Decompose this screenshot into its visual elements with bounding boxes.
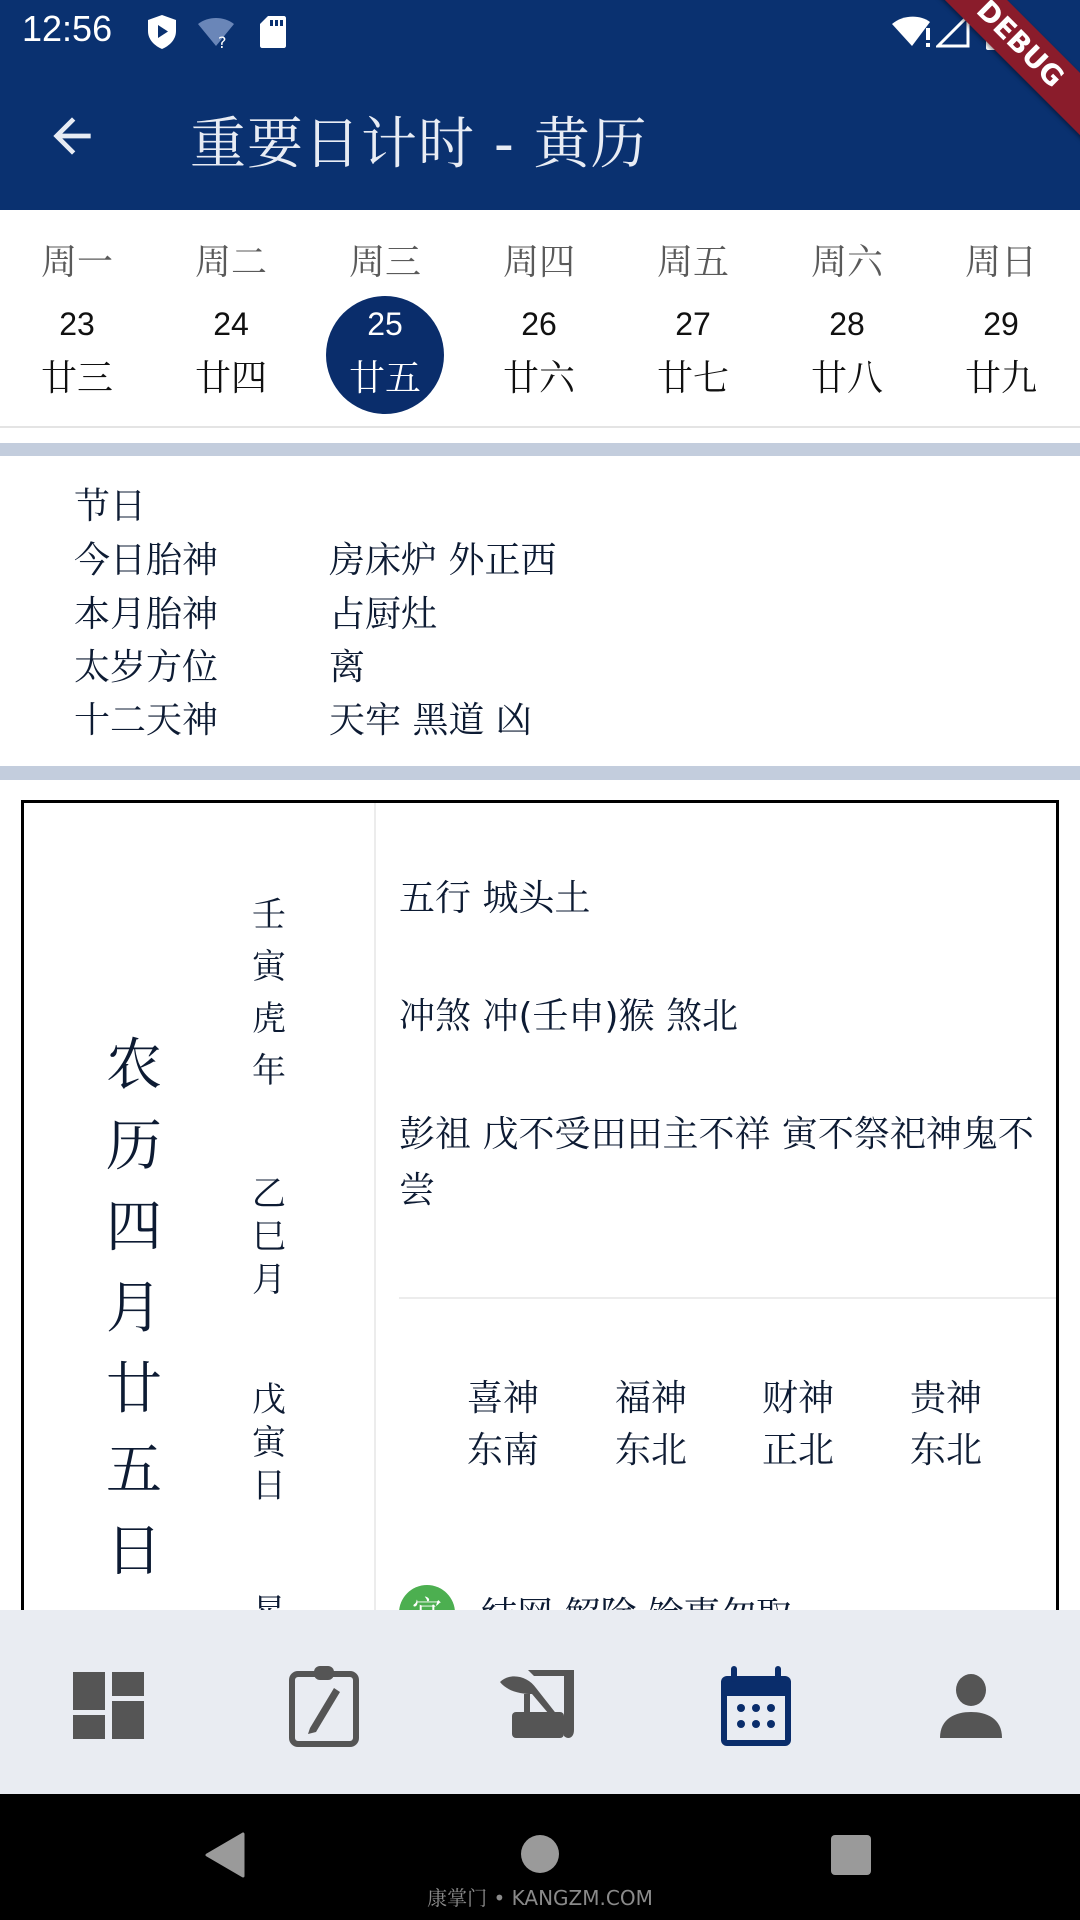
lunar-day: 廿五 xyxy=(326,350,444,401)
ganzhi-char: 巳 xyxy=(249,1216,289,1259)
status-time: 12:56 xyxy=(22,8,112,50)
info-label: 本月胎神 xyxy=(74,586,218,637)
day-box: 26 廿六 xyxy=(480,296,598,414)
lunar-char: 日 xyxy=(104,1511,164,1592)
week-strip: 周一 23 廿三 周二 24 廿四 周三 25 廿五 周四 26 廿六 周五 2… xyxy=(0,210,1080,428)
day-number: 27 xyxy=(634,306,752,343)
home-icon xyxy=(520,1834,560,1874)
arrow-back-icon xyxy=(44,108,100,164)
day-box: 29 廿九 xyxy=(942,296,1060,414)
info-label: 今日胎神 xyxy=(74,532,218,583)
weekday-label: 周一 xyxy=(0,234,154,285)
day-cell[interactable]: 周五 27 廿七 xyxy=(616,210,770,428)
god-name: 福神 xyxy=(601,1373,701,1425)
system-recents-button[interactable] xyxy=(830,1834,872,1880)
person-icon xyxy=(926,1660,1016,1750)
day-box: 27 廿七 xyxy=(634,296,752,414)
sd-card-icon xyxy=(258,14,288,54)
weekday-label: 周日 xyxy=(924,234,1078,285)
day-cell[interactable]: 周一 23 廿三 xyxy=(0,210,154,428)
ganzhi-char: 寅 xyxy=(249,1422,289,1465)
day-cell[interactable]: 周六 28 廿八 xyxy=(770,210,924,428)
ganzhi-char: 虎 xyxy=(249,993,289,1045)
day-number: 26 xyxy=(480,306,598,343)
god-direction: 东南 xyxy=(453,1425,553,1477)
lunar-day: 廿九 xyxy=(942,350,1060,401)
wifi-alert-icon xyxy=(892,14,936,52)
almanac-detail-card: 农 历 四 月 廿 五 日 壬 寅 虎 年 乙 巳 月 戊 寅 日 星 五行 城… xyxy=(21,800,1059,1700)
wuxing-text: 五行 城头土 xyxy=(399,871,1059,927)
nav-profile[interactable] xyxy=(926,1660,1016,1750)
ganzhi-month: 乙 巳 月 xyxy=(249,1173,289,1302)
god-name: 喜神 xyxy=(453,1373,553,1425)
day-box: 24 廿四 xyxy=(172,296,290,414)
lunar-date-vertical: 农 历 四 月 廿 五 日 xyxy=(104,1025,164,1592)
lunar-day: 廿七 xyxy=(634,350,752,401)
lunar-day: 廿六 xyxy=(480,350,598,401)
lunar-char: 历 xyxy=(104,1106,164,1187)
selected-day-circle: 25 廿五 xyxy=(326,296,444,414)
weekday-label: 周六 xyxy=(770,234,924,285)
nav-calendar-active[interactable] xyxy=(711,1660,801,1750)
day-number: 25 xyxy=(326,306,444,343)
god-gui: 贵神 东北 xyxy=(896,1373,996,1477)
day-cell[interactable]: 周四 26 廿六 xyxy=(462,210,616,428)
lunar-day: 廿四 xyxy=(172,350,290,401)
day-cell[interactable]: 周二 24 廿四 xyxy=(154,210,308,428)
day-box: 28 廿八 xyxy=(788,296,906,414)
play-protect-icon xyxy=(146,14,178,54)
nav-dashboard[interactable] xyxy=(64,1660,154,1750)
god-xi: 喜神 东南 xyxy=(453,1373,553,1477)
day-number: 24 xyxy=(172,306,290,343)
ganzhi-char: 日 xyxy=(249,1465,289,1508)
ganzhi-day: 戊 寅 日 xyxy=(249,1379,289,1508)
lunar-day: 廿八 xyxy=(788,350,906,401)
weekday-label: 周五 xyxy=(616,234,770,285)
status-bar: 12:56 ? xyxy=(0,0,1080,64)
clipboard-edit-icon xyxy=(278,1660,368,1750)
svg-text:?: ? xyxy=(218,33,227,50)
day-number: 28 xyxy=(788,306,906,343)
day-box: 23 廿三 xyxy=(18,296,136,414)
wifi-unknown-icon: ? xyxy=(196,14,236,54)
info-value: 房床炉 外正西 xyxy=(329,532,556,583)
day-number: 29 xyxy=(942,306,1060,343)
god-cai: 财神 正北 xyxy=(748,1373,848,1477)
god-direction: 东北 xyxy=(601,1425,701,1477)
god-name: 贵神 xyxy=(896,1373,996,1425)
lunar-char: 廿 xyxy=(104,1349,164,1430)
day-number: 23 xyxy=(18,306,136,343)
system-back-button[interactable] xyxy=(205,1832,245,1882)
info-value: 占厨灶 xyxy=(329,586,437,637)
weekday-label: 周二 xyxy=(154,234,308,285)
info-label: 节日 xyxy=(74,478,146,529)
details-divider xyxy=(399,1297,1059,1299)
back-icon xyxy=(205,1832,245,1878)
ganzhi-char: 壬 xyxy=(249,889,289,941)
chongsha-text: 冲煞 冲(壬申)猴 煞北 xyxy=(399,989,1059,1045)
ganzhi-char: 寅 xyxy=(249,941,289,993)
dashboard-icon xyxy=(64,1660,154,1750)
god-name: 财神 xyxy=(748,1373,848,1425)
ganzhi-char: 月 xyxy=(249,1259,289,1302)
almanac-details-column: 五行 城头土 冲煞 冲(壬申)猴 煞北 彭祖 戊不受田田主不祥 寅不祭祀神鬼不尝… xyxy=(399,803,1059,1700)
info-value: 离 xyxy=(329,639,365,690)
scroll-quill-icon xyxy=(494,1660,584,1750)
app-header: 12:56 ? DEBUG 重要日计时 - 黄历 xyxy=(0,0,1080,210)
nav-notes[interactable] xyxy=(278,1660,368,1750)
calendar-icon xyxy=(711,1660,801,1750)
almanac-info-list: 节日 今日胎神 房床炉 外正西 本月胎神 占厨灶 太岁方位 离 十二天神 天牢 … xyxy=(0,456,1080,764)
pengzu-text: 彭祖 戊不受田田主不祥 寅不祭祀神鬼不尝 xyxy=(399,1107,1059,1219)
day-cell-selected[interactable]: 周三 25 廿五 xyxy=(308,210,462,428)
page-title: 重要日计时 - 黄历 xyxy=(190,100,648,180)
lunar-char: 农 xyxy=(104,1025,164,1106)
section-divider xyxy=(0,443,1080,457)
weekday-label: 周三 xyxy=(308,234,462,285)
ganzhi-char: 乙 xyxy=(249,1173,289,1216)
lunar-date-column: 农 历 四 月 廿 五 日 壬 寅 虎 年 乙 巳 月 戊 寅 日 星 xyxy=(24,803,376,1700)
ganzhi-char: 年 xyxy=(249,1045,289,1097)
lunar-char: 五 xyxy=(104,1430,164,1511)
lunar-char: 四 xyxy=(104,1187,164,1268)
weekday-label: 周四 xyxy=(462,234,616,285)
system-home-button[interactable] xyxy=(520,1834,560,1878)
info-value: 天牢 黑道 凶 xyxy=(329,692,532,743)
ganzhi-year: 壬 寅 虎 年 xyxy=(249,889,289,1097)
ganzhi-char: 戊 xyxy=(249,1379,289,1422)
lunar-day: 廿三 xyxy=(18,350,136,401)
god-direction: 正北 xyxy=(748,1425,848,1477)
info-label: 十二天神 xyxy=(74,692,218,743)
god-fu: 福神 东北 xyxy=(601,1373,701,1477)
lunar-char: 月 xyxy=(104,1268,164,1349)
recents-icon xyxy=(830,1834,872,1876)
system-navigation-bar: 康掌门 • KANGZM.COM xyxy=(0,1794,1080,1920)
section-divider xyxy=(0,766,1080,780)
bottom-navigation xyxy=(0,1610,1080,1794)
nav-records[interactable] xyxy=(494,1660,584,1750)
info-label: 太岁方位 xyxy=(74,639,218,690)
god-direction: 东北 xyxy=(896,1425,996,1477)
day-cell[interactable]: 周日 29 廿九 xyxy=(924,210,1078,428)
watermark-text: 康掌门 • KANGZM.COM xyxy=(0,1882,1080,1911)
back-button[interactable] xyxy=(44,108,100,164)
